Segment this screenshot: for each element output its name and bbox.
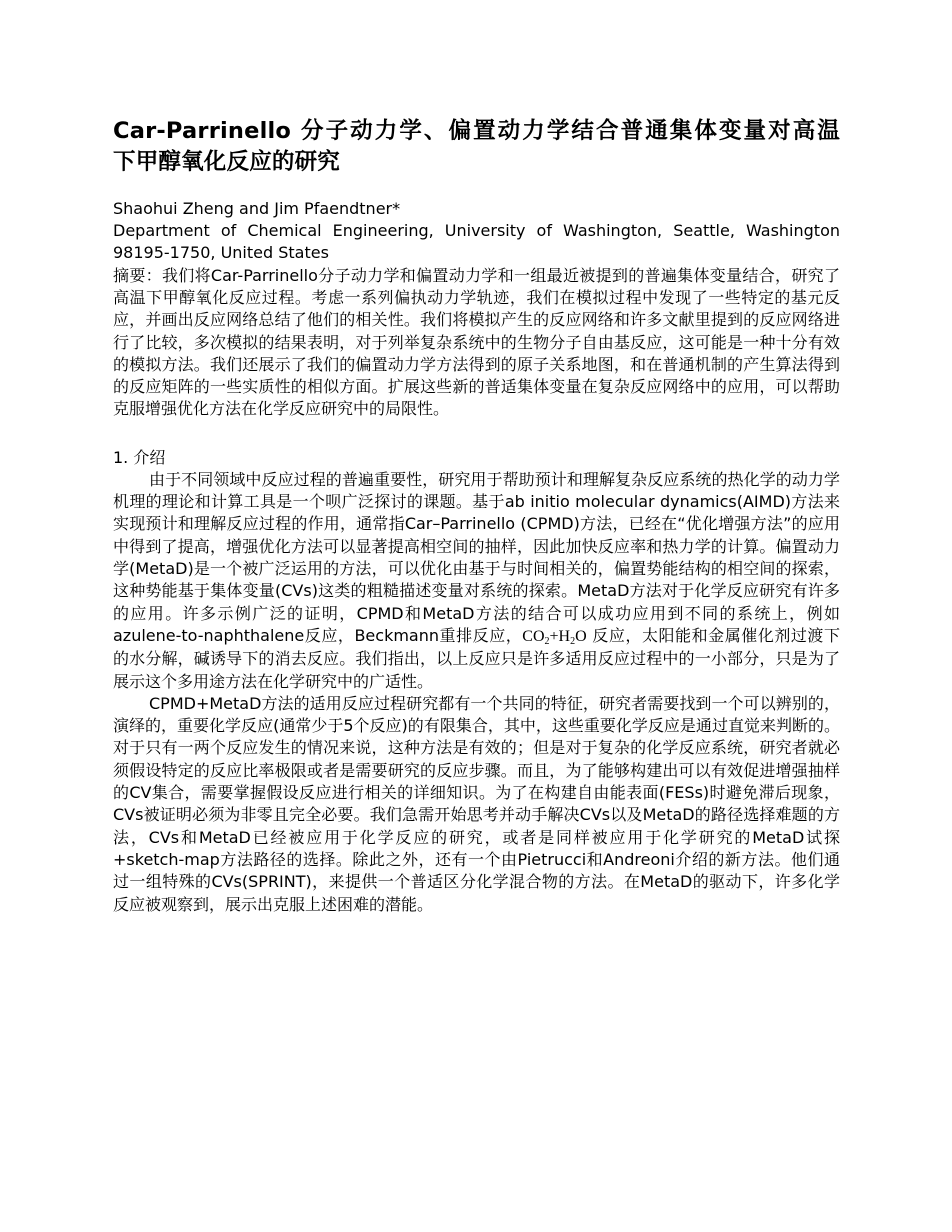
chem-o: O — [575, 628, 587, 645]
title-line-2: 下甲醇氧化反应的研究 — [113, 147, 840, 178]
section-heading-introduction: 1. 介绍 — [113, 447, 840, 469]
chem-co: CO — [522, 628, 544, 645]
chem-plus-h: +H — [550, 628, 571, 645]
intro-paragraph-1-text-a: 由于不同领域中反应过程的普遍重要性，研究用于帮助预计和理解复杂反应系统的热化学的… — [113, 470, 840, 645]
abstract-text: 我们将Car-Parrinello分子动力学和偏置动力学和一组最近被提到的普遍集… — [113, 266, 840, 419]
affiliation-line-2: 98195-1750, United States — [113, 242, 840, 264]
affiliation: Department of Chemical Engineering, Univ… — [113, 220, 840, 264]
abstract: 摘要：我们将Car-Parrinello分子动力学和偏置动力学和一组最近被提到的… — [113, 265, 840, 421]
paper-page: Car-Parrinello 分子动力学、偏置动力学结合普通集体变量对高温 下甲… — [113, 116, 840, 916]
title-line-1: Car-Parrinello 分子动力学、偏置动力学结合普通集体变量对高温 — [113, 116, 840, 147]
chemical-formula-co2-h2o: CO2+H2O — [522, 628, 586, 645]
abstract-label: 摘要： — [113, 266, 162, 285]
paper-title: Car-Parrinello 分子动力学、偏置动力学结合普通集体变量对高温 下甲… — [113, 116, 840, 178]
intro-paragraph-2: CPMD+MetaD方法的适用反应过程研究都有一个共同的特征，研究者需要找到一个… — [113, 693, 840, 916]
affiliation-line-1: Department of Chemical Engineering, Univ… — [113, 220, 840, 242]
intro-paragraph-1: 由于不同领域中反应过程的普遍重要性，研究用于帮助预计和理解复杂反应系统的热化学的… — [113, 469, 840, 693]
authors: Shaohui Zheng and Jim Pfaendtner* — [113, 198, 840, 220]
